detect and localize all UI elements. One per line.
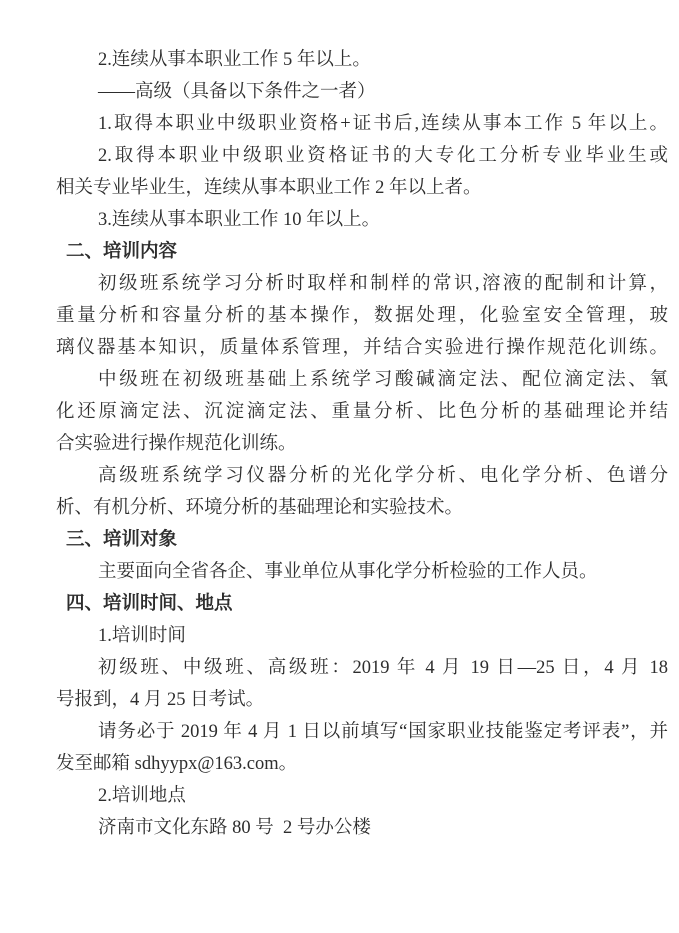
text-line: 高级班系统学习仪器分析的光化学分析、电化学分析、色谱分 <box>56 460 668 492</box>
text-line: 主要面向全省各企、事业单位从事化学分析检验的工作人员。 <box>56 556 668 588</box>
text-line: 相关专业毕业生，连续从事本职业工作 2 年以上者。 <box>56 172 668 204</box>
text-line: 1.培训时间 <box>56 620 668 652</box>
text-block: 2.连续从事本职业工作 5 年以上。——高级（具备以下条件之一者）1.取得本职业… <box>56 44 668 844</box>
text-line: 化还原滴定法、沉淀滴定法、重量分析、比色分析的基础理论并结 <box>56 396 668 428</box>
text-line: 2.培训地点 <box>56 780 668 812</box>
text-line: 号报到，4 月 25 日考试。 <box>56 684 668 716</box>
text-line: 初级班系统学习分析时取样和制样的常识,溶液的配制和计算， <box>56 268 668 300</box>
text-line: 2.取得本职业中级职业资格证书的大专化工分析专业毕业生或 <box>56 140 668 172</box>
section-heading: 三、培训对象 <box>56 524 668 556</box>
text-line: 济南市文化东路 80 号 2 号办公楼 <box>56 812 668 844</box>
text-line: 璃仪器基本知识，质量体系管理，并结合实验进行操作规范化训练。 <box>56 332 668 364</box>
text-line: 重量分析和容量分析的基本操作，数据处理，化验室安全管理，玻 <box>56 300 668 332</box>
text-line: 初级班、中级班、高级班：2019 年 4 月 19 日—25 日，4 月 18 <box>56 652 668 684</box>
document-page: 2.连续从事本职业工作 5 年以上。——高级（具备以下条件之一者）1.取得本职业… <box>0 0 679 933</box>
text-line: ——高级（具备以下条件之一者） <box>56 76 668 108</box>
text-line: 发至邮箱 sdhyypx@163.com。 <box>56 748 668 780</box>
text-line: 1.取得本职业中级职业资格+证书后,连续从事本工作 5 年以上。 <box>56 108 668 140</box>
section-heading: 二、培训内容 <box>56 236 668 268</box>
text-line: 析、有机分析、环境分析的基础理论和实验技术。 <box>56 492 668 524</box>
text-line: 2.连续从事本职业工作 5 年以上。 <box>56 44 668 76</box>
section-heading: 四、培训时间、地点 <box>56 588 668 620</box>
text-line: 中级班在初级班基础上系统学习酸碱滴定法、配位滴定法、氧 <box>56 364 668 396</box>
text-line: 合实验进行操作规范化训练。 <box>56 428 668 460</box>
text-line: 请务必于 2019 年 4 月 1 日以前填写“国家职业技能鉴定考评表”，并 <box>56 716 668 748</box>
text-line: 3.连续从事本职业工作 10 年以上。 <box>56 204 668 236</box>
